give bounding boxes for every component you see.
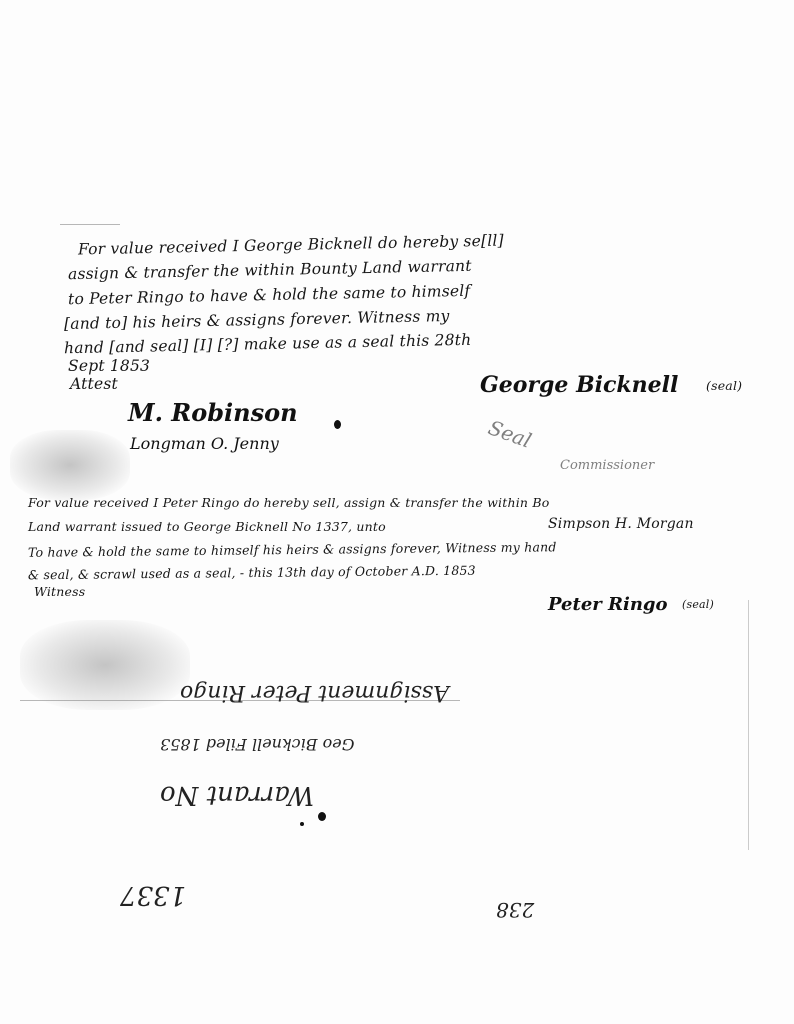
seal-mark-1: (seal) xyxy=(706,378,742,393)
george-bicknell-signature: George Bicknell xyxy=(480,372,678,398)
witness-second-signature: Longman O. Jenny xyxy=(130,434,279,453)
ink-speck xyxy=(300,822,304,826)
seal-mark-2: (seal) xyxy=(682,598,714,611)
bleed-through-number-left: 1337 xyxy=(120,880,186,910)
faint-seal-mark: Seal xyxy=(485,415,534,453)
assignment-1-line-1: For value received I George Bicknell do … xyxy=(78,232,504,259)
ink-blot xyxy=(318,812,326,821)
assignment-1-line-4: [and to] his heirs & assigns forever. Wi… xyxy=(64,307,450,333)
scan-smudge-left-lower xyxy=(20,620,190,710)
bleed-through-line-1: Assignment Peter Ringo xyxy=(180,680,449,705)
faint-commissioner-mark: Commissioner xyxy=(560,458,654,473)
assignment-1-line-5: hand [and seal] [I] [?] make use as a se… xyxy=(64,331,472,358)
assignment-2-line-1: For value received I Peter Ringo do here… xyxy=(28,495,549,510)
witness-label: Witness xyxy=(34,584,85,599)
assignment-1-line-3: to Peter Ringo to have & hold the same t… xyxy=(68,282,471,308)
assignment-1-date: Sept 1853 xyxy=(68,357,150,375)
peter-ringo-signature: Peter Ringo xyxy=(548,594,668,615)
attest-label: Attest xyxy=(70,375,118,393)
ink-dot xyxy=(334,420,341,429)
bleed-through-line-3: Warrant No xyxy=(160,780,314,810)
scanned-document-page: For value received I George Bicknell do … xyxy=(0,0,794,1024)
assignee-name: Simpson H. Morgan xyxy=(548,516,694,532)
bleed-through-line-2: Geo Bicknell Filed 1853 xyxy=(160,735,354,754)
assignment-2-line-2: Land warrant issued to George Bicknell N… xyxy=(28,519,386,534)
scan-smudge-left-middle xyxy=(10,430,130,500)
assignment-2-line-3: To have & hold the same to himself his h… xyxy=(28,539,557,560)
witness-robinson-signature: M. Robinson xyxy=(128,398,298,427)
scan-top-edge-line xyxy=(60,224,120,225)
assignment-2-line-4: & seal, & scrawl used as a seal, - this … xyxy=(28,563,476,583)
assignment-1-line-2: assign & transfer the within Bounty Land… xyxy=(68,257,472,283)
right-margin-edge xyxy=(748,600,749,850)
bleed-through-number-right: 238 xyxy=(496,898,534,922)
